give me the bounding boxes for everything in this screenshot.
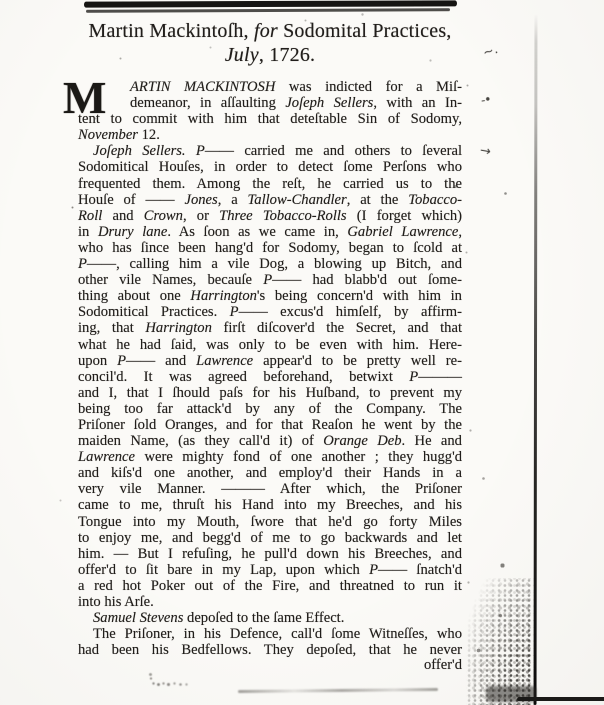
roman-text: , — [458, 224, 462, 240]
roman-text: were mighty fond of one another ; they h… — [135, 449, 462, 465]
text-line: Tongue into my Mouth, ſwore that he'd go… — [78, 514, 462, 530]
roman-text: frequented them. Among the reſt, he carr… — [78, 176, 462, 192]
italic-text: Gabriel Lawrence — [347, 224, 458, 240]
roman-text: concil'd. It was agreed beforehand, betw… — [78, 369, 409, 385]
roman-text: being too far attack'd by any of the Com… — [78, 401, 462, 417]
roman-text: ing, that — [78, 320, 145, 336]
ink-smudge — [150, 674, 151, 675]
roman-text: a red hot Poker out of the Fire, and thr… — [78, 578, 462, 594]
title-line-1: Martin Mackintoſh, for Sodomital Practic… — [78, 20, 462, 44]
roman-text: 12. — [138, 127, 160, 143]
text-line: and I, that I ſhould paſs for his Huſban… — [78, 385, 462, 401]
roman-text: what he had ſaid, was only to be even wi… — [78, 337, 462, 353]
roman-text: , a — [218, 192, 248, 208]
roman-text: Sodomitical Houſes, in order to detect ſ… — [78, 159, 462, 175]
title-line-2: July, 1726. — [78, 44, 462, 68]
catchword: offer'd — [78, 657, 462, 674]
text-line: November 12. — [78, 127, 462, 143]
faint-scan-artifact — [238, 688, 438, 693]
paragraph: Joſeph Sellers. P—— carried me and other… — [78, 143, 462, 610]
text-line: concil'd. It was agreed beforehand, betw… — [78, 369, 462, 385]
italic-text: Harrington — [145, 320, 212, 336]
text-line: him. — But I refuſing, he pull'd down hi… — [78, 546, 462, 562]
roman-text: ——, calling him a vile Dog, a blowing up… — [87, 256, 462, 272]
italic-text: Tallow-Chandler — [248, 192, 347, 208]
roman-text: came to me, thruſt his Hand into my Bree… — [78, 497, 462, 513]
italic-text: Joſeph Sellers — [285, 95, 373, 111]
roman-text: appear'd to be pretty well re- — [253, 353, 462, 369]
italic-text: November — [78, 127, 138, 143]
roman-text: —— and — [126, 353, 196, 369]
italic-text: P — [369, 562, 378, 578]
roman-text: in — [78, 224, 98, 240]
italic-text: Jones — [184, 192, 217, 208]
text-line: tent to commit with him that deteſtable … — [78, 111, 462, 127]
text-line: very vile Manner. ——— After which, the P… — [78, 481, 462, 497]
text-line: Roll and Crown, or Three Tobacco-Rolls (… — [78, 208, 462, 224]
italic-text: P — [230, 304, 239, 320]
roman-text: him. — But I refuſing, he pull'd down hi… — [78, 546, 462, 562]
roman-text: upon — [78, 353, 117, 369]
roman-text: —— had blabb'd out ſome- — [272, 272, 462, 288]
italic-text: Orange Deb — [323, 433, 401, 449]
roman-text: . He and — [402, 433, 462, 449]
text-line: ARTIN MACKINTOSH was indicted for a Miſ- — [130, 79, 462, 95]
roman-text: demeanor, in aſſaulting — [130, 95, 285, 111]
header-rule-thin — [86, 8, 450, 13]
roman-text: (I forget which) — [347, 208, 462, 224]
italic-text: Lawrence — [78, 449, 135, 465]
italic-text: Drury lane — [98, 224, 167, 240]
roman-text: The Priſoner, in his Defence, call'd ſom… — [93, 626, 462, 642]
italic-text: ARTIN MACKINTOSH — [130, 79, 275, 95]
roman-text: tent to commit with him that deteſtable … — [78, 111, 462, 127]
roman-text: and I, that I ſhould paſs for his Huſban… — [78, 385, 462, 401]
italic-text: Lawrence — [196, 353, 253, 369]
roman-text: —— excus'd himſelf, by affirm- — [239, 304, 462, 320]
roman-text: Houſe of —— — [78, 192, 184, 208]
roman-text: very vile Manner. ——— After which, the P… — [78, 481, 462, 497]
text-line: Houſe of —— Jones, a Tallow-Chandler, at… — [78, 192, 462, 208]
roman-text: to enjoy me, and begg'd of me to go back… — [78, 530, 462, 546]
page-title: Martin Mackintoſh, for Sodomital Practic… — [78, 20, 462, 67]
text-line: The Priſoner, in his Defence, call'd ſom… — [78, 626, 462, 642]
roman-text: Tongue into my Mouth, ſwore that he'd go… — [78, 514, 462, 530]
roman-text: Priſoner ſold Oranges, and for that Reaſ… — [78, 417, 462, 433]
paragraph: ARTIN MACKINTOSH was indicted for a Miſ-… — [78, 79, 462, 143]
text-line: what he had ſaid, was only to be even wi… — [78, 337, 462, 353]
roman-text: Martin Mackintoſh, — [88, 20, 253, 42]
roman-text: , 1726. — [259, 44, 315, 66]
text-line: Joſeph Sellers. P—— carried me and other… — [78, 143, 462, 159]
bottom-edge-line — [517, 697, 604, 701]
text-line: in Drury lane. As ſoon as we came in, Ga… — [78, 224, 462, 240]
text-line: to enjoy me, and begg'd of me to go back… — [78, 530, 462, 546]
text-line: a red hot Poker out of the Fire, and thr… — [78, 578, 462, 594]
roman-text: , or — [183, 208, 219, 224]
header-rule-thick — [84, 0, 457, 7]
text-line: offer'd to ſit bare in my Lap, upon whic… — [78, 562, 462, 578]
roman-text: into his Arſe. — [78, 594, 154, 610]
roman-text: —— ſnatch'd — [378, 562, 462, 578]
italic-text: P — [263, 272, 272, 288]
text-line: Priſoner ſold Oranges, and for that Reaſ… — [78, 417, 462, 433]
roman-text: other vile Names, becauſe — [78, 272, 263, 288]
roman-text: Sodomitical Practices. — [78, 304, 230, 320]
page-edge-line — [534, 14, 538, 705]
text-line: thing about one Harrington's being conce… — [78, 288, 462, 304]
roman-text: had been his Bedfellows. They depoſed, t… — [78, 642, 462, 658]
text-line: Samuel Stevens depoſed to the ſame Effec… — [78, 610, 462, 626]
roman-text: Sodomital Practices, — [278, 20, 452, 42]
roman-text: offer'd to ſit bare in my Lap, upon whic… — [78, 562, 369, 578]
text-line: other vile Names, becauſe P—— had blabb'… — [78, 272, 462, 288]
roman-text: thing about one — [78, 288, 190, 304]
paragraph: Samuel Stevens depoſed to the ſame Effec… — [78, 610, 462, 626]
roman-text: depoſed to the ſame Effect. — [183, 610, 344, 626]
text-line: Sodomitical Houſes, in order to detect ſ… — [78, 159, 462, 175]
text-line: upon P—— and Lawrence appear'd to be pre… — [78, 353, 462, 369]
roman-text: . As ſoon as we came in, — [167, 224, 347, 240]
text-line: Lawrence were mighty fond of one another… — [78, 449, 462, 465]
roman-text: maiden Name, (as they call'd it) of — [78, 433, 323, 449]
roman-text: —— carried me and others to ſeveral — [205, 143, 462, 159]
roman-text: 's being concern'd with him in — [257, 288, 462, 304]
text-line: P——, calling him a vile Dog, a blowing u… — [78, 256, 462, 272]
margin-ink-mark: -• — [480, 92, 491, 107]
roman-text: and kiſs'd one another, and employ'd the… — [78, 465, 462, 481]
italic-text: Samuel Stevens — [93, 610, 183, 626]
text-line: ing, that Harrington firſt diſcover'd th… — [78, 320, 462, 336]
roman-text: who has ſince been hang'd for Sodomy, be… — [78, 240, 462, 256]
italic-text: Three Tobacco-Rolls — [219, 208, 346, 224]
text-line: being too far attack'd by any of the Com… — [78, 401, 462, 417]
ink-specks — [0, 0, 1, 1]
roman-text: , with an In- — [373, 95, 462, 111]
text-line: came to me, thruſt his Hand into my Bree… — [78, 497, 462, 513]
italic-text: for — [254, 20, 278, 42]
margin-ink-mark: ~. — [481, 42, 500, 61]
roman-text: ——— — [418, 369, 462, 385]
italic-text: P — [409, 369, 418, 385]
italic-text: Tobacco- — [408, 192, 462, 208]
document-page: Martin Mackintoſh, for Sodomital Practic… — [0, 0, 604, 705]
text-line: Sodomitical Practices. P—— excus'd himſe… — [78, 304, 462, 320]
italic-text: P — [78, 256, 87, 272]
italic-text: Crown — [144, 208, 183, 224]
roman-text: was indicted for a Miſ- — [275, 79, 462, 95]
text-line: demeanor, in aſſaulting Joſeph Sellers, … — [130, 95, 462, 111]
text-line: who has ſince been hang'd for Sodomy, be… — [78, 240, 462, 256]
italic-text: Roll — [78, 208, 102, 224]
roman-text: firſt diſcover'd the Secret, and that — [212, 320, 462, 336]
text-line: into his Arſe. — [78, 594, 462, 610]
italic-text: Harrington — [190, 288, 257, 304]
roman-text: , at the — [347, 192, 408, 208]
body-column: ARTIN MACKINTOSH was indicted for a Miſ-… — [78, 79, 462, 658]
italic-text: P — [117, 353, 126, 369]
text-line: had been his Bedfellows. They depoſed, t… — [78, 642, 462, 658]
text-line: maiden Name, (as they call'd it) of Oran… — [78, 433, 462, 449]
text-line: and kiſs'd one another, and employ'd the… — [78, 465, 462, 481]
margin-ink-mark: → — [479, 143, 492, 160]
paragraph: The Priſoner, in his Defence, call'd ſom… — [78, 626, 462, 658]
italic-text: July — [225, 44, 259, 66]
roman-text: and — [102, 208, 143, 224]
italic-text: Joſeph Sellers. P — [93, 143, 205, 159]
text-line: frequented them. Among the reſt, he carr… — [78, 176, 462, 192]
